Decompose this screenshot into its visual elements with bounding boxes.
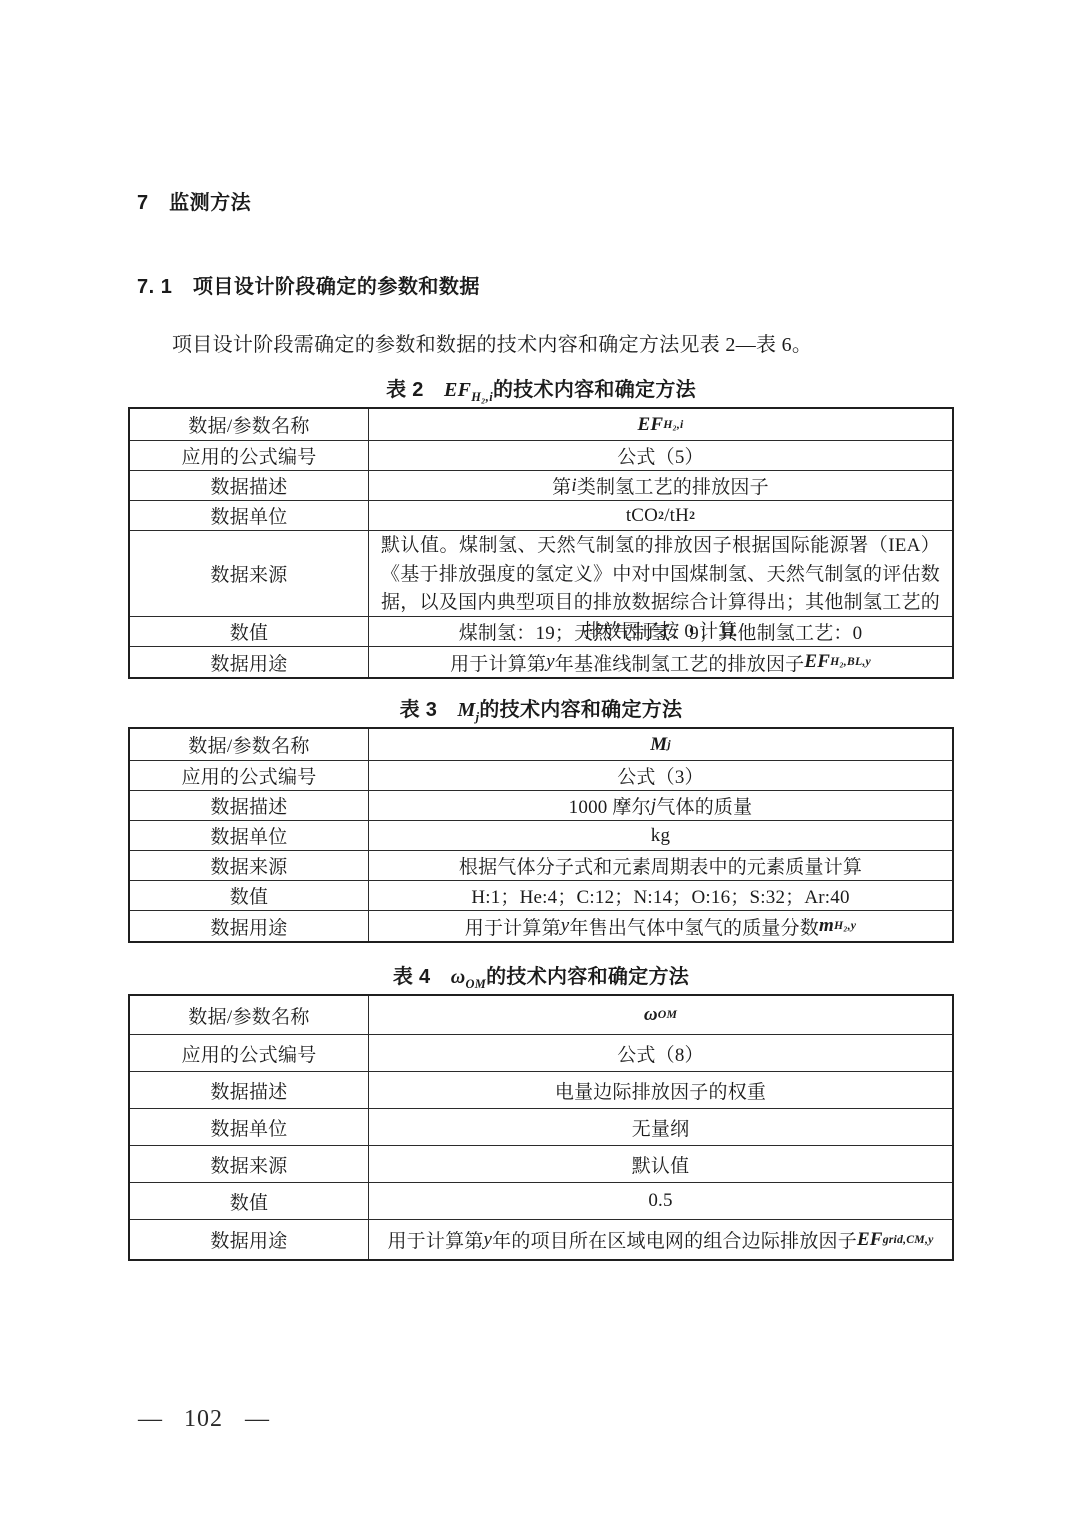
row-label: 数据用途: [130, 647, 369, 677]
text-run: EF: [637, 414, 663, 436]
footer-dash-left: —: [138, 1406, 162, 1433]
table-caption: 表 2 EFH₂,i的技术内容和确定方法: [128, 379, 954, 407]
text-run: 电量边际排放因子的权重: [555, 1077, 766, 1104]
text-run: m: [819, 915, 834, 937]
table-block-4: 表 4 ωOM的技术内容和确定方法数据/参数名称ωOM应用的公式编号公式（8）数…: [128, 966, 954, 1261]
row-label: 数据描述: [130, 791, 369, 820]
table-row: 数据用途用于计算第 y 年售出气体中氢气的质量分数mH₂,y: [130, 910, 952, 941]
text-run: 年售出气体中氢气的质量分数: [569, 913, 819, 940]
text-run: 表 3: [400, 699, 458, 721]
row-label: 数据描述: [130, 1072, 369, 1108]
text-run: 公式（5）: [617, 442, 704, 469]
text-run: 无量纲: [632, 1114, 690, 1141]
text-run: H:1；He:4；C:12；N:14；O:16；S:32；Ar:40: [471, 882, 849, 909]
text-run: 第: [552, 472, 571, 499]
row-label: 数据/参数名称: [130, 996, 369, 1034]
row-label: 数据单位: [130, 501, 369, 530]
text-run: M: [650, 734, 667, 756]
row-value: ωOM: [369, 996, 952, 1034]
row-value: 默认值。煤制氢、天然气制氢的排放因子根据国际能源署（IEA）《基于排放强度的氢定…: [369, 531, 952, 616]
row-label: 数据描述: [130, 471, 369, 500]
table-caption: 表 4 ωOM的技术内容和确定方法: [128, 966, 954, 994]
table-row: 数据描述电量边际排放因子的权重: [130, 1071, 952, 1108]
row-value: 根据气体分子式和元素周期表中的元素质量计算: [369, 851, 952, 880]
row-label: 应用的公式编号: [130, 1035, 369, 1071]
text-run: 年的项目所在区域电网的组合边际排放因子: [492, 1226, 857, 1253]
text-run: 用于计算第: [465, 913, 561, 940]
row-value: 默认值: [369, 1146, 952, 1182]
text-run: 表 2: [386, 379, 444, 401]
row-label: 数值: [130, 617, 369, 646]
parameter-table: 数据/参数名称Mj应用的公式编号公式（3）数据描述1000 摩尔 j 气体的质量…: [128, 727, 954, 943]
text-run: ω: [451, 966, 466, 988]
row-value: 1000 摩尔 j 气体的质量: [369, 791, 952, 820]
row-value: 用于计算第 y 年的项目所在区域电网的组合边际排放因子EFgrid,CM,y: [369, 1220, 952, 1259]
table-row: 数据单位无量纲: [130, 1108, 952, 1145]
text-run: 0.5: [648, 1190, 672, 1212]
text-run: H₂,i: [471, 390, 493, 404]
section-heading: 7 监测方法: [137, 186, 251, 215]
page-number: 102: [184, 1406, 223, 1433]
table-row: 数值0.5: [130, 1182, 952, 1219]
table-row: 应用的公式编号公式（8）: [130, 1034, 952, 1071]
document-page: 7 监测方法 7. 1 项目设计阶段确定的参数和数据 项目设计阶段需确定的参数和…: [0, 0, 1080, 1527]
text-run: 根据气体分子式和元素周期表中的元素质量计算: [459, 852, 862, 879]
row-label: 数据单位: [130, 1109, 369, 1145]
row-label: 数据用途: [130, 1220, 369, 1259]
subsection-heading: 7. 1 项目设计阶段确定的参数和数据: [137, 270, 480, 299]
text-run: OM: [466, 977, 487, 991]
text-run: EF: [804, 651, 830, 673]
row-value: H:1；He:4；C:12；N:14；O:16；S:32；Ar:40: [369, 881, 952, 910]
table-block-3: 表 3 Mj的技术内容和确定方法数据/参数名称Mj应用的公式编号公式（3）数据描…: [128, 699, 954, 943]
row-value: 电量边际排放因子的权重: [369, 1072, 952, 1108]
table-row: 应用的公式编号公式（5）: [130, 440, 952, 470]
row-value: 用于计算第 y 年基准线制氢工艺的排放因子EFH₂,BL,y: [369, 647, 952, 677]
text-run: 年基准线制氢工艺的排放因子: [555, 649, 805, 676]
row-value: kg: [369, 821, 952, 850]
text-run: M: [458, 699, 476, 721]
row-value: 煤制氢：19；天然气制氢：9；其他制氢工艺：0: [369, 617, 952, 646]
text-run: 的技术内容和确定方法: [486, 966, 689, 988]
table-row: 数值H:1；He:4；C:12；N:14；O:16；S:32；Ar:40: [130, 880, 952, 910]
row-value: Mj: [369, 729, 952, 760]
table-row: 应用的公式编号公式（3）: [130, 760, 952, 790]
text-run: 煤制氢：19；天然气制氢：9；其他制氢工艺：0: [459, 618, 863, 645]
row-value: 0.5: [369, 1183, 952, 1219]
table-row: 数据用途用于计算第 y 年的项目所在区域电网的组合边际排放因子EFgrid,CM…: [130, 1219, 952, 1259]
row-value: 公式（5）: [369, 441, 952, 470]
row-label: 数据来源: [130, 531, 369, 616]
text-run: tCO: [626, 505, 658, 527]
text-run: 类制氢工艺的排放因子: [577, 472, 769, 499]
row-value: 公式（8）: [369, 1035, 952, 1071]
row-label: 数据/参数名称: [130, 729, 369, 760]
row-value: 无量纲: [369, 1109, 952, 1145]
text-run: 气体的质量: [656, 792, 752, 819]
row-value: tCO2/tH2: [369, 501, 952, 530]
text-run: 公式（8）: [617, 1040, 704, 1067]
row-value: 用于计算第 y 年售出气体中氢气的质量分数mH₂,y: [369, 911, 952, 941]
table-row: 数据来源根据气体分子式和元素周期表中的元素质量计算: [130, 850, 952, 880]
table-row: 数据来源默认值。煤制氢、天然气制氢的排放因子根据国际能源署（IEA）《基于排放强…: [130, 530, 952, 616]
row-label: 数据用途: [130, 911, 369, 941]
table-row: 数据/参数名称ωOM: [130, 996, 952, 1034]
row-value: 公式（3）: [369, 761, 952, 790]
text-run: 公式（3）: [617, 762, 704, 789]
row-value: EFH₂,i: [369, 409, 952, 440]
table-caption: 表 3 Mj的技术内容和确定方法: [128, 699, 954, 727]
table-row: 数据描述第 i 类制氢工艺的排放因子: [130, 470, 952, 500]
text-run: y: [561, 915, 570, 937]
table-row: 数据描述1000 摩尔 j 气体的质量: [130, 790, 952, 820]
row-label: 数据来源: [130, 851, 369, 880]
row-value: 第 i 类制氢工艺的排放因子: [369, 471, 952, 500]
table-row: 数据单位tCO2/tH2: [130, 500, 952, 530]
text-run: 用于计算第: [450, 649, 546, 676]
row-label: 数据来源: [130, 1146, 369, 1182]
text-run: EF: [857, 1229, 883, 1251]
parameter-table: 数据/参数名称ωOM应用的公式编号公式（8）数据描述电量边际排放因子的权重数据单…: [128, 994, 954, 1261]
text-run: 1000 摩尔: [569, 792, 651, 819]
text-run: kg: [651, 825, 670, 847]
row-label: 数据/参数名称: [130, 409, 369, 440]
text-run: /tH: [664, 505, 689, 527]
row-label: 应用的公式编号: [130, 441, 369, 470]
row-label: 数值: [130, 1183, 369, 1219]
table-row: 数据用途用于计算第 y 年基准线制氢工艺的排放因子EFH₂,BL,y: [130, 646, 952, 677]
text-run: 的技术内容和确定方法: [479, 699, 682, 721]
row-label: 数据单位: [130, 821, 369, 850]
page-footer: — 102 —: [138, 1406, 269, 1433]
table-row: 数值煤制氢：19；天然气制氢：9；其他制氢工艺：0: [130, 616, 952, 646]
text-run: 的技术内容和确定方法: [493, 379, 696, 401]
text-run: 用于计算第: [387, 1226, 483, 1253]
text-run: y: [546, 651, 555, 673]
footer-dash-right: —: [245, 1406, 269, 1433]
intro-paragraph: 项目设计阶段需确定的参数和数据的技术内容和确定方法见表 2—表 6。: [172, 328, 812, 357]
row-label: 应用的公式编号: [130, 761, 369, 790]
row-label: 数值: [130, 881, 369, 910]
table-row: 数据/参数名称EFH₂,i: [130, 409, 952, 440]
text-run: ω: [644, 1004, 658, 1026]
table-row: 数据/参数名称Mj: [130, 729, 952, 760]
text-run: 默认值: [632, 1151, 690, 1178]
table-row: 数据来源默认值: [130, 1145, 952, 1182]
table-block-2: 表 2 EFH₂,i的技术内容和确定方法数据/参数名称EFH₂,i应用的公式编号…: [128, 379, 954, 679]
text-run: 表 4: [393, 966, 451, 988]
parameter-table: 数据/参数名称EFH₂,i应用的公式编号公式（5）数据描述第 i 类制氢工艺的排…: [128, 407, 954, 679]
text-run: EF: [444, 379, 471, 401]
table-row: 数据单位kg: [130, 820, 952, 850]
text-run: y: [483, 1229, 492, 1251]
